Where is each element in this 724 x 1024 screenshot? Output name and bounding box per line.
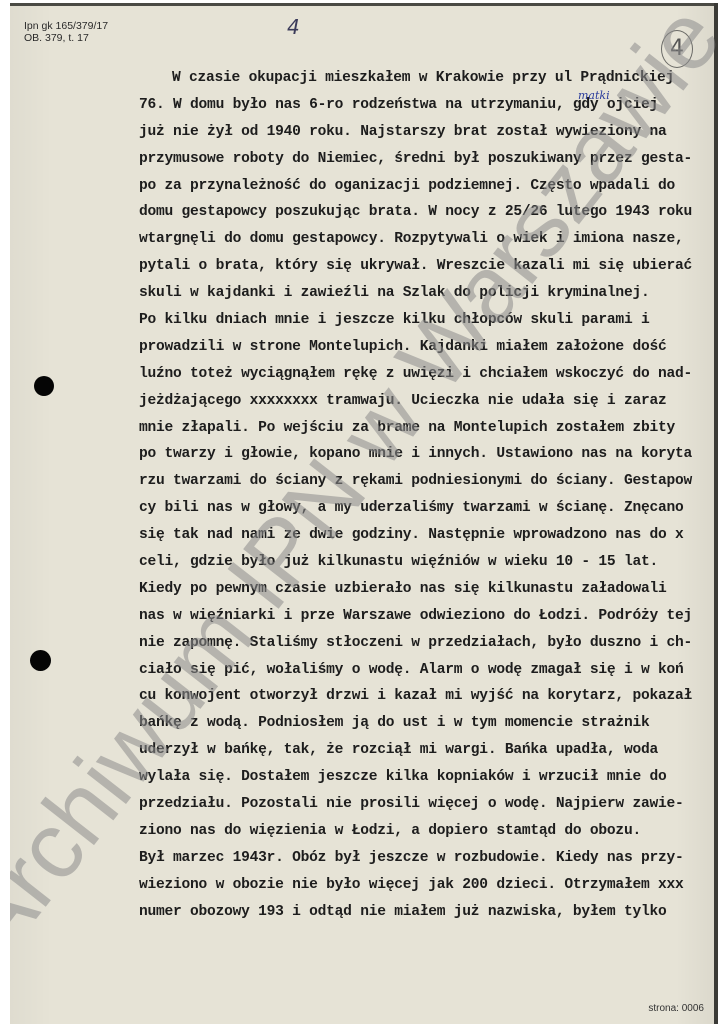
text-line: mnie złapali. Po wejściu za brame na Mon… (139, 415, 718, 442)
signature-line-1: Ipn gk 165/379/17 (24, 20, 108, 32)
text-line: celi, gdzie było już kilkunastu więźniów… (139, 549, 718, 576)
text-line: rzu twarzami do ściany z rękami podniesi… (139, 468, 718, 495)
text-line: po twarzy i głowie, kopano mnie i innych… (139, 441, 718, 468)
text-line: skuli w kajdanki i zawieźli na Szlak do … (139, 280, 718, 307)
text-line: 76. W domu było nas 6-ro rodzeństwa na u… (139, 92, 718, 119)
text-line: wieziono w obozie nie było więcej jak 20… (139, 872, 718, 899)
text-line: Był marzec 1943r. Obóz był jeszcze w roz… (139, 845, 718, 872)
typewritten-testimony: W czasie okupacji mieszkałem w Krakowie … (139, 65, 718, 926)
text-line: nas w więźniarki i prze Warszawe odwiezi… (139, 603, 718, 630)
text-line: domu gestapowcy poszukując brata. W nocy… (139, 199, 718, 226)
text-line: ziono nas do więzienia w Łodzi, a dopier… (139, 818, 718, 845)
text-line: przymusowe roboty do Niemiec, średni był… (139, 146, 718, 173)
punch-hole-icon (34, 376, 54, 396)
text-line: luźno toteż wyciągnąłem rękę z uwięzi i … (139, 361, 718, 388)
handwritten-page-number: 4 (287, 15, 300, 39)
punch-hole-icon (30, 650, 51, 671)
text-line: ciało się pić, wołaliśmy o wodę. Alarm o… (139, 657, 718, 684)
text-line: cy bili nas w głowy, a my uderzaliśmy tw… (139, 495, 718, 522)
text-line: uderzył w bańkę, tak, że rozciął mi warg… (139, 737, 718, 764)
text-line: się tak nad nami ze dwie godziny. Następ… (139, 522, 718, 549)
text-line: wylała się. Dostałem jeszcze kilka kopni… (139, 764, 718, 791)
circled-page-number: 4 (661, 30, 693, 68)
text-line: bańkę z wodą. Podniosłem ją do ust i w t… (139, 710, 718, 737)
text-line: nie zapomnę. Staliśmy stłoczeni w przedz… (139, 630, 718, 657)
text-line: już nie żył od 1940 roku. Najstarszy bra… (139, 119, 718, 146)
document-page: Ipn gk 165/379/17 OB. 379, t. 17 4 4 mat… (10, 3, 718, 1024)
archive-signature: Ipn gk 165/379/17 OB. 379, t. 17 (24, 20, 108, 44)
text-line: jeżdżającego xxxxxxxx tramwaju. Ucieczka… (139, 388, 718, 415)
text-line: przedziału. Pozostali nie prosili więcej… (139, 791, 718, 818)
text-line: Kiedy po pewnym czasie uzbierało nas się… (139, 576, 718, 603)
text-line: W czasie okupacji mieszkałem w Krakowie … (139, 65, 718, 92)
text-line: numer obozowy 193 i odtąd nie miałem już… (139, 899, 718, 926)
text-line: pytali o brata, który się ukrywał. Wresz… (139, 253, 718, 280)
text-line: Po kilku dniach mnie i jeszcze kilku chł… (139, 307, 718, 334)
text-line: wtargnęli do domu gestapowcy. Rozpytywal… (139, 226, 718, 253)
scan-top-edge (10, 3, 718, 6)
text-line: prowadzili w strone Montelupich. Kajdank… (139, 334, 718, 361)
text-line: cu konwojent otworzył drzwi i kazał mi w… (139, 683, 718, 710)
signature-line-2: OB. 379, t. 17 (24, 32, 108, 44)
text-line: po za przynależność do oganizacji podzie… (139, 173, 718, 200)
page-number-label: strona: 0006 (648, 1003, 704, 1014)
